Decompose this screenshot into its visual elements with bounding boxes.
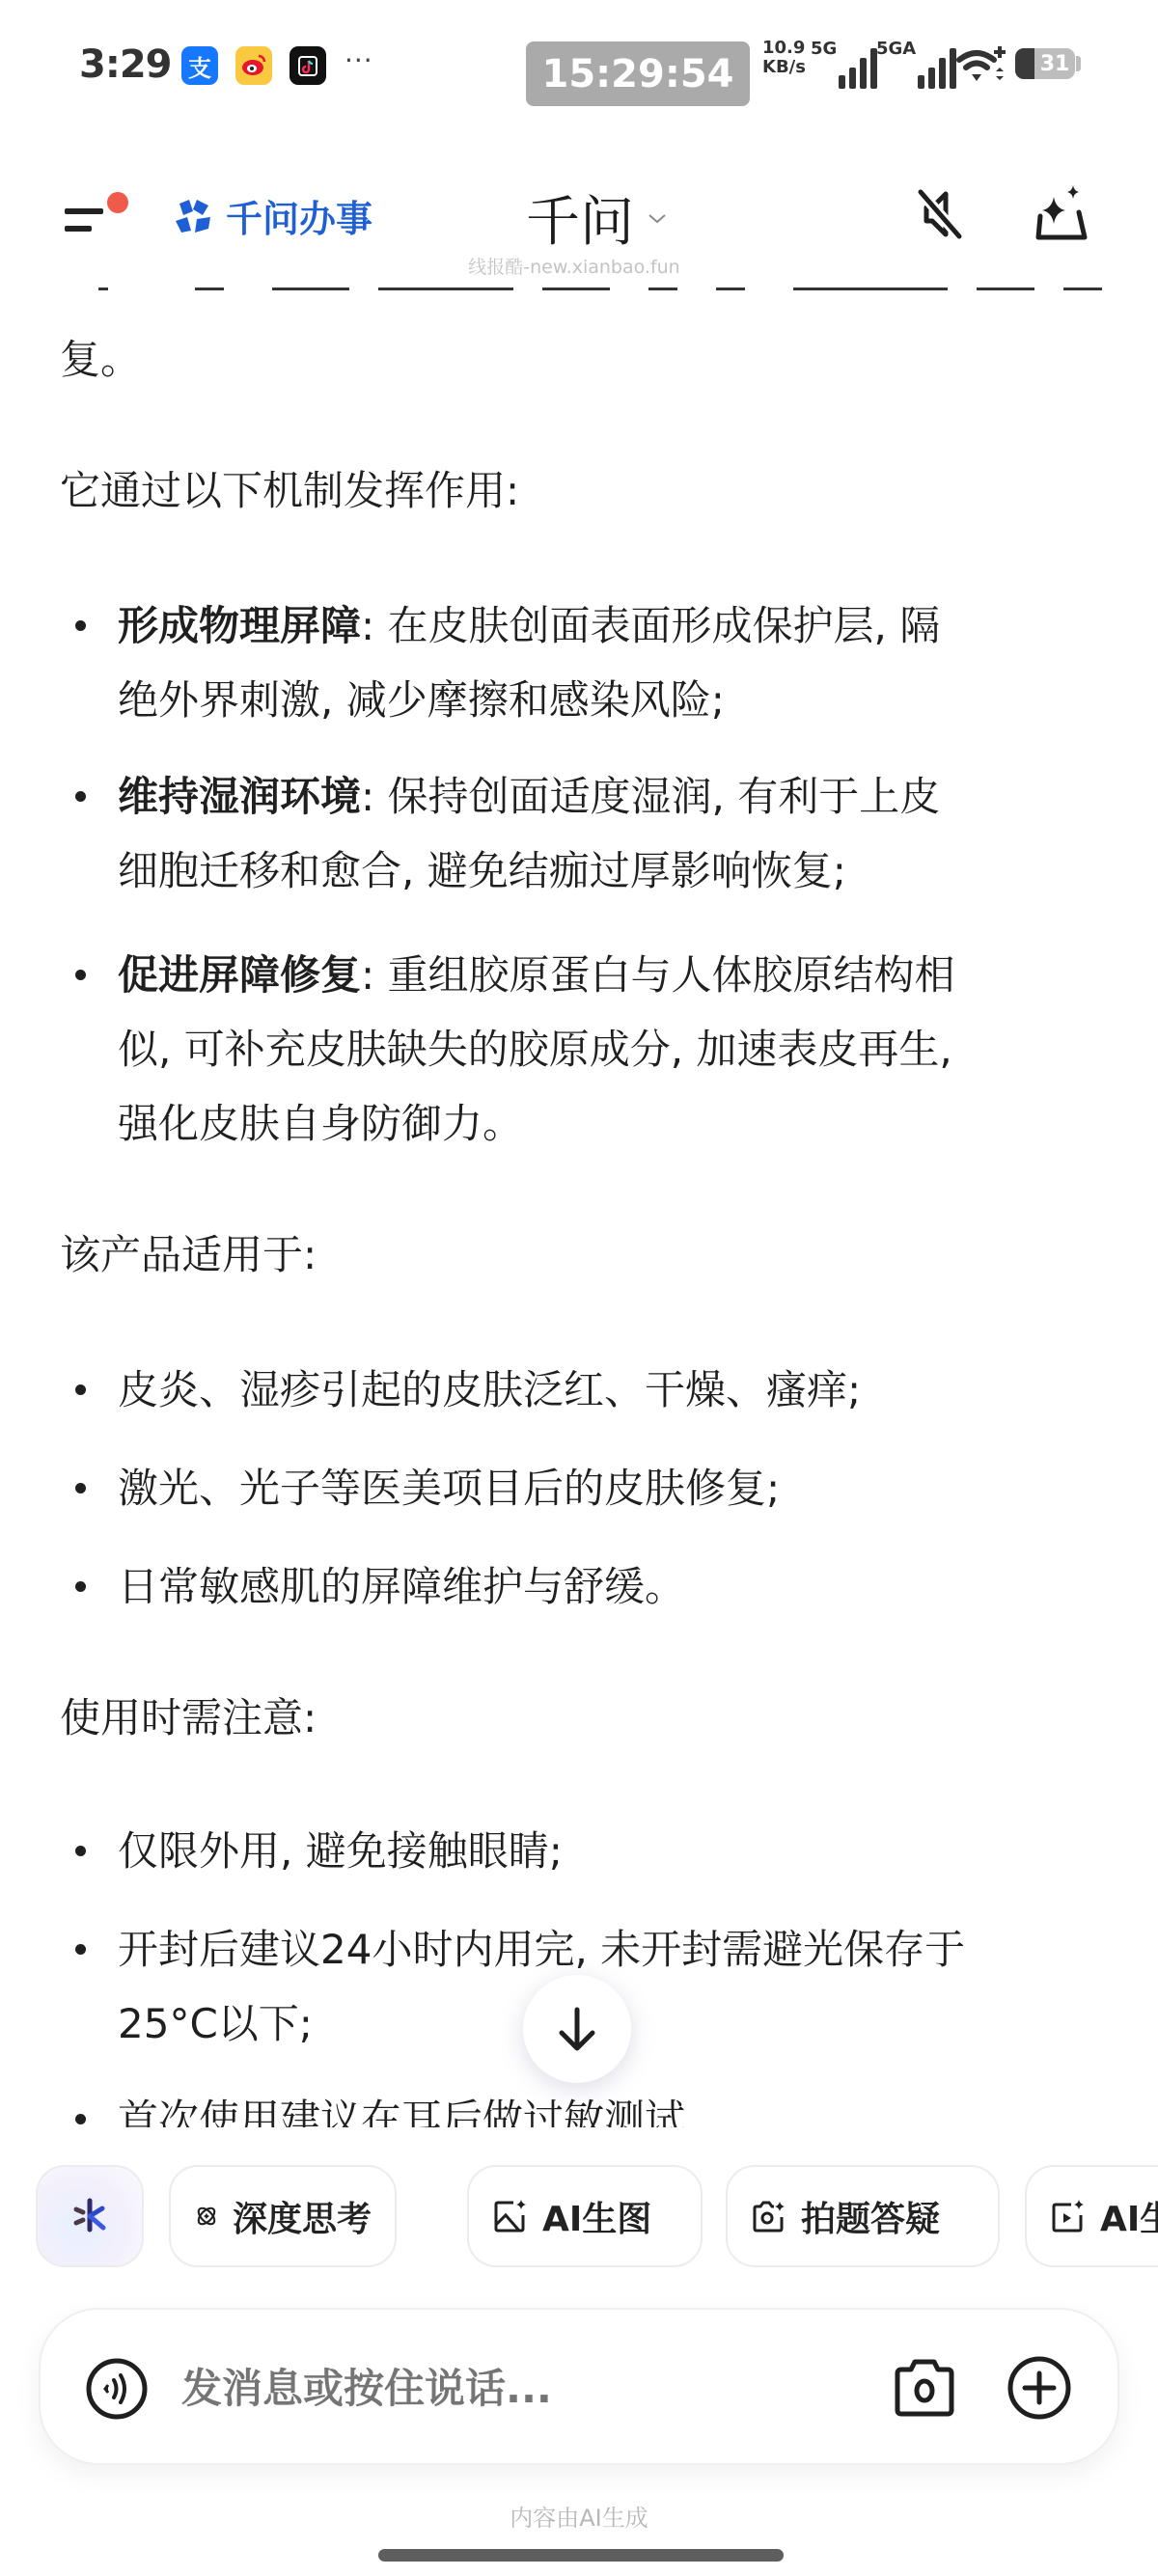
voice-icon: [85, 2357, 149, 2421]
plus-circle-icon: [1006, 2354, 1073, 2422]
ai-generated-note: 内容由AI生成: [0, 2499, 1158, 2533]
list-item: 形成物理屏障: 在皮肤创面表面形成保护层, 隔 绝外界刺激, 减少摩擦和感染风险…: [60, 589, 1102, 737]
list-item: 维持湿润环境: 保持创面适度湿润, 有利于上皮 细胞迁移和愈合, 避免结痂过厚影…: [60, 759, 1102, 908]
quick-action-bar[interactable]: 深度思考 AI生图 拍题答疑 AI生: [0, 2165, 1158, 2271]
menu-icon-line: [65, 226, 92, 232]
list-item-text: 绝外界刺激, 减少摩擦和感染风险;: [118, 663, 1102, 737]
chip-label: AI生图: [542, 2192, 651, 2241]
list-item-title: 形成物理屏障: [118, 602, 361, 649]
qianwen-assistant-chip[interactable]: [36, 2165, 144, 2267]
atom-icon: [194, 2198, 219, 2234]
chevron-down-icon: [648, 206, 667, 231]
arrow-down-icon: [556, 2006, 598, 2052]
page-title: 千问: [526, 179, 634, 257]
more-notifications-icon: ···: [345, 44, 373, 76]
tiktok-icon: [289, 46, 326, 85]
list-item-title: 促进屏障修复: [118, 951, 361, 999]
list-item-text: 强化皮肤自身防御力。: [118, 1086, 1102, 1161]
voice-input-button[interactable]: [85, 2357, 149, 2421]
alipay-icon: 支: [181, 46, 218, 85]
camera-sparkle-icon: [751, 2198, 787, 2234]
list-item: 日常敏感肌的屏障维护与舒缓。: [60, 1549, 1102, 1624]
network-speed-unit: KB/s: [762, 58, 806, 77]
message-composer: [39, 2308, 1119, 2465]
chat-response: 复。 它通过以下机制发挥作用: 形成物理屏障: 在皮肤创面表面形成保护层, 隔 …: [0, 270, 1158, 2127]
ai-image-chip[interactable]: AI生图: [467, 2165, 703, 2267]
weibo-icon: [235, 46, 272, 85]
notification-badge: [104, 189, 131, 216]
video-sparkle-icon: [1050, 2198, 1087, 2234]
sparkle-box-icon: [1031, 183, 1092, 245]
list-item: 仅限外用, 避免接触眼睛;: [60, 1814, 1102, 1888]
mute-button[interactable]: [911, 183, 973, 245]
speaker-muted-icon: [915, 186, 969, 242]
wifi-icon: [955, 42, 1009, 89]
status-time: 3:29: [79, 42, 172, 87]
home-indicator[interactable]: [378, 2549, 784, 2562]
clipped-text-line: [60, 284, 1121, 293]
photo-question-chip[interactable]: 拍题答疑: [726, 2165, 1000, 2267]
qianwen-spark-icon: [70, 2197, 109, 2235]
network-speed: 10.9 KB/s: [762, 39, 806, 77]
list-item-text: 仅限外用, 避免接触眼睛;: [118, 1814, 1102, 1888]
message-input[interactable]: [181, 2358, 857, 2420]
paragraph-intro: 它通过以下机制发挥作用:: [60, 453, 519, 528]
list-item-title: 维持湿润环境: [118, 773, 361, 820]
qianwen-logo-icon: [172, 194, 216, 238]
network-speed-value: 10.9: [762, 39, 806, 58]
brand-label: 千问办事: [226, 189, 372, 242]
list-item-text: : 在皮肤创面表面形成保护层, 隔: [361, 602, 940, 649]
ai-video-chip[interactable]: AI生: [1025, 2165, 1158, 2267]
list-item: 皮炎、湿疹引起的皮肤泛红、干燥、瘙痒;: [60, 1353, 1102, 1427]
new-chat-button[interactable]: [1031, 183, 1092, 245]
add-attachment-button[interactable]: [1006, 2354, 1073, 2422]
camera-icon: [890, 2352, 959, 2422]
paragraph-fragment: 复。: [60, 322, 141, 397]
chip-label: AI生: [1100, 2192, 1158, 2241]
list-item-text: : 重组胶原蛋白与人体胶原结构相: [361, 951, 955, 999]
list-item: 首次使用建议在耳后做过敏测试: [60, 2082, 1102, 2127]
scroll-to-bottom-button[interactable]: [523, 1975, 631, 2083]
clock-overlay: 15:29:54: [526, 41, 750, 106]
sim2-signal-icon: 5GA: [876, 39, 956, 89]
section-heading-applicable: 该产品适用于:: [60, 1218, 317, 1292]
list-item-text: 细胞迁移和愈合, 避免结痂过厚影响恢复;: [118, 834, 1102, 908]
qianwen-banshi-link[interactable]: 千问办事: [172, 189, 372, 242]
list-item-text: 首次使用建议在耳后做过敏测试: [118, 2082, 1102, 2127]
sim1-signal-icon: 5G: [811, 39, 877, 89]
section-heading-notes: 使用时需注意:: [60, 1681, 317, 1755]
battery-level: 31: [1034, 48, 1075, 79]
menu-icon: [65, 208, 103, 214]
battery-tip: [1076, 56, 1081, 71]
battery-icon: 31: [1015, 48, 1075, 79]
list-item: 促进屏障修复: 重组胶原蛋白与人体胶原结构相 似, 可补充皮肤缺失的胶原成分, …: [60, 938, 1102, 1161]
list-item-text: 开封后建议24小时内用完, 未开封需避光保存于: [118, 1912, 1102, 1987]
list-item-text: 似, 可补充皮肤缺失的胶原成分, 加速表皮再生,: [118, 1012, 1102, 1086]
menu-button[interactable]: [60, 189, 118, 241]
list-item-text: : 保持创面适度湿润, 有利于上皮: [361, 773, 940, 820]
deep-think-chip[interactable]: 深度思考: [169, 2165, 397, 2267]
list-item: 激光、光子等医美项目后的皮肤修复;: [60, 1451, 1102, 1525]
sim1-label: 5G: [811, 39, 837, 59]
chip-label: 深度思考: [233, 2192, 372, 2241]
model-switcher[interactable]: 千问: [526, 179, 667, 257]
camera-button[interactable]: [890, 2352, 959, 2422]
chip-label: 拍题答疑: [801, 2192, 940, 2241]
sim2-label: 5GA: [876, 39, 916, 59]
image-sparkle-icon: [492, 2198, 529, 2234]
